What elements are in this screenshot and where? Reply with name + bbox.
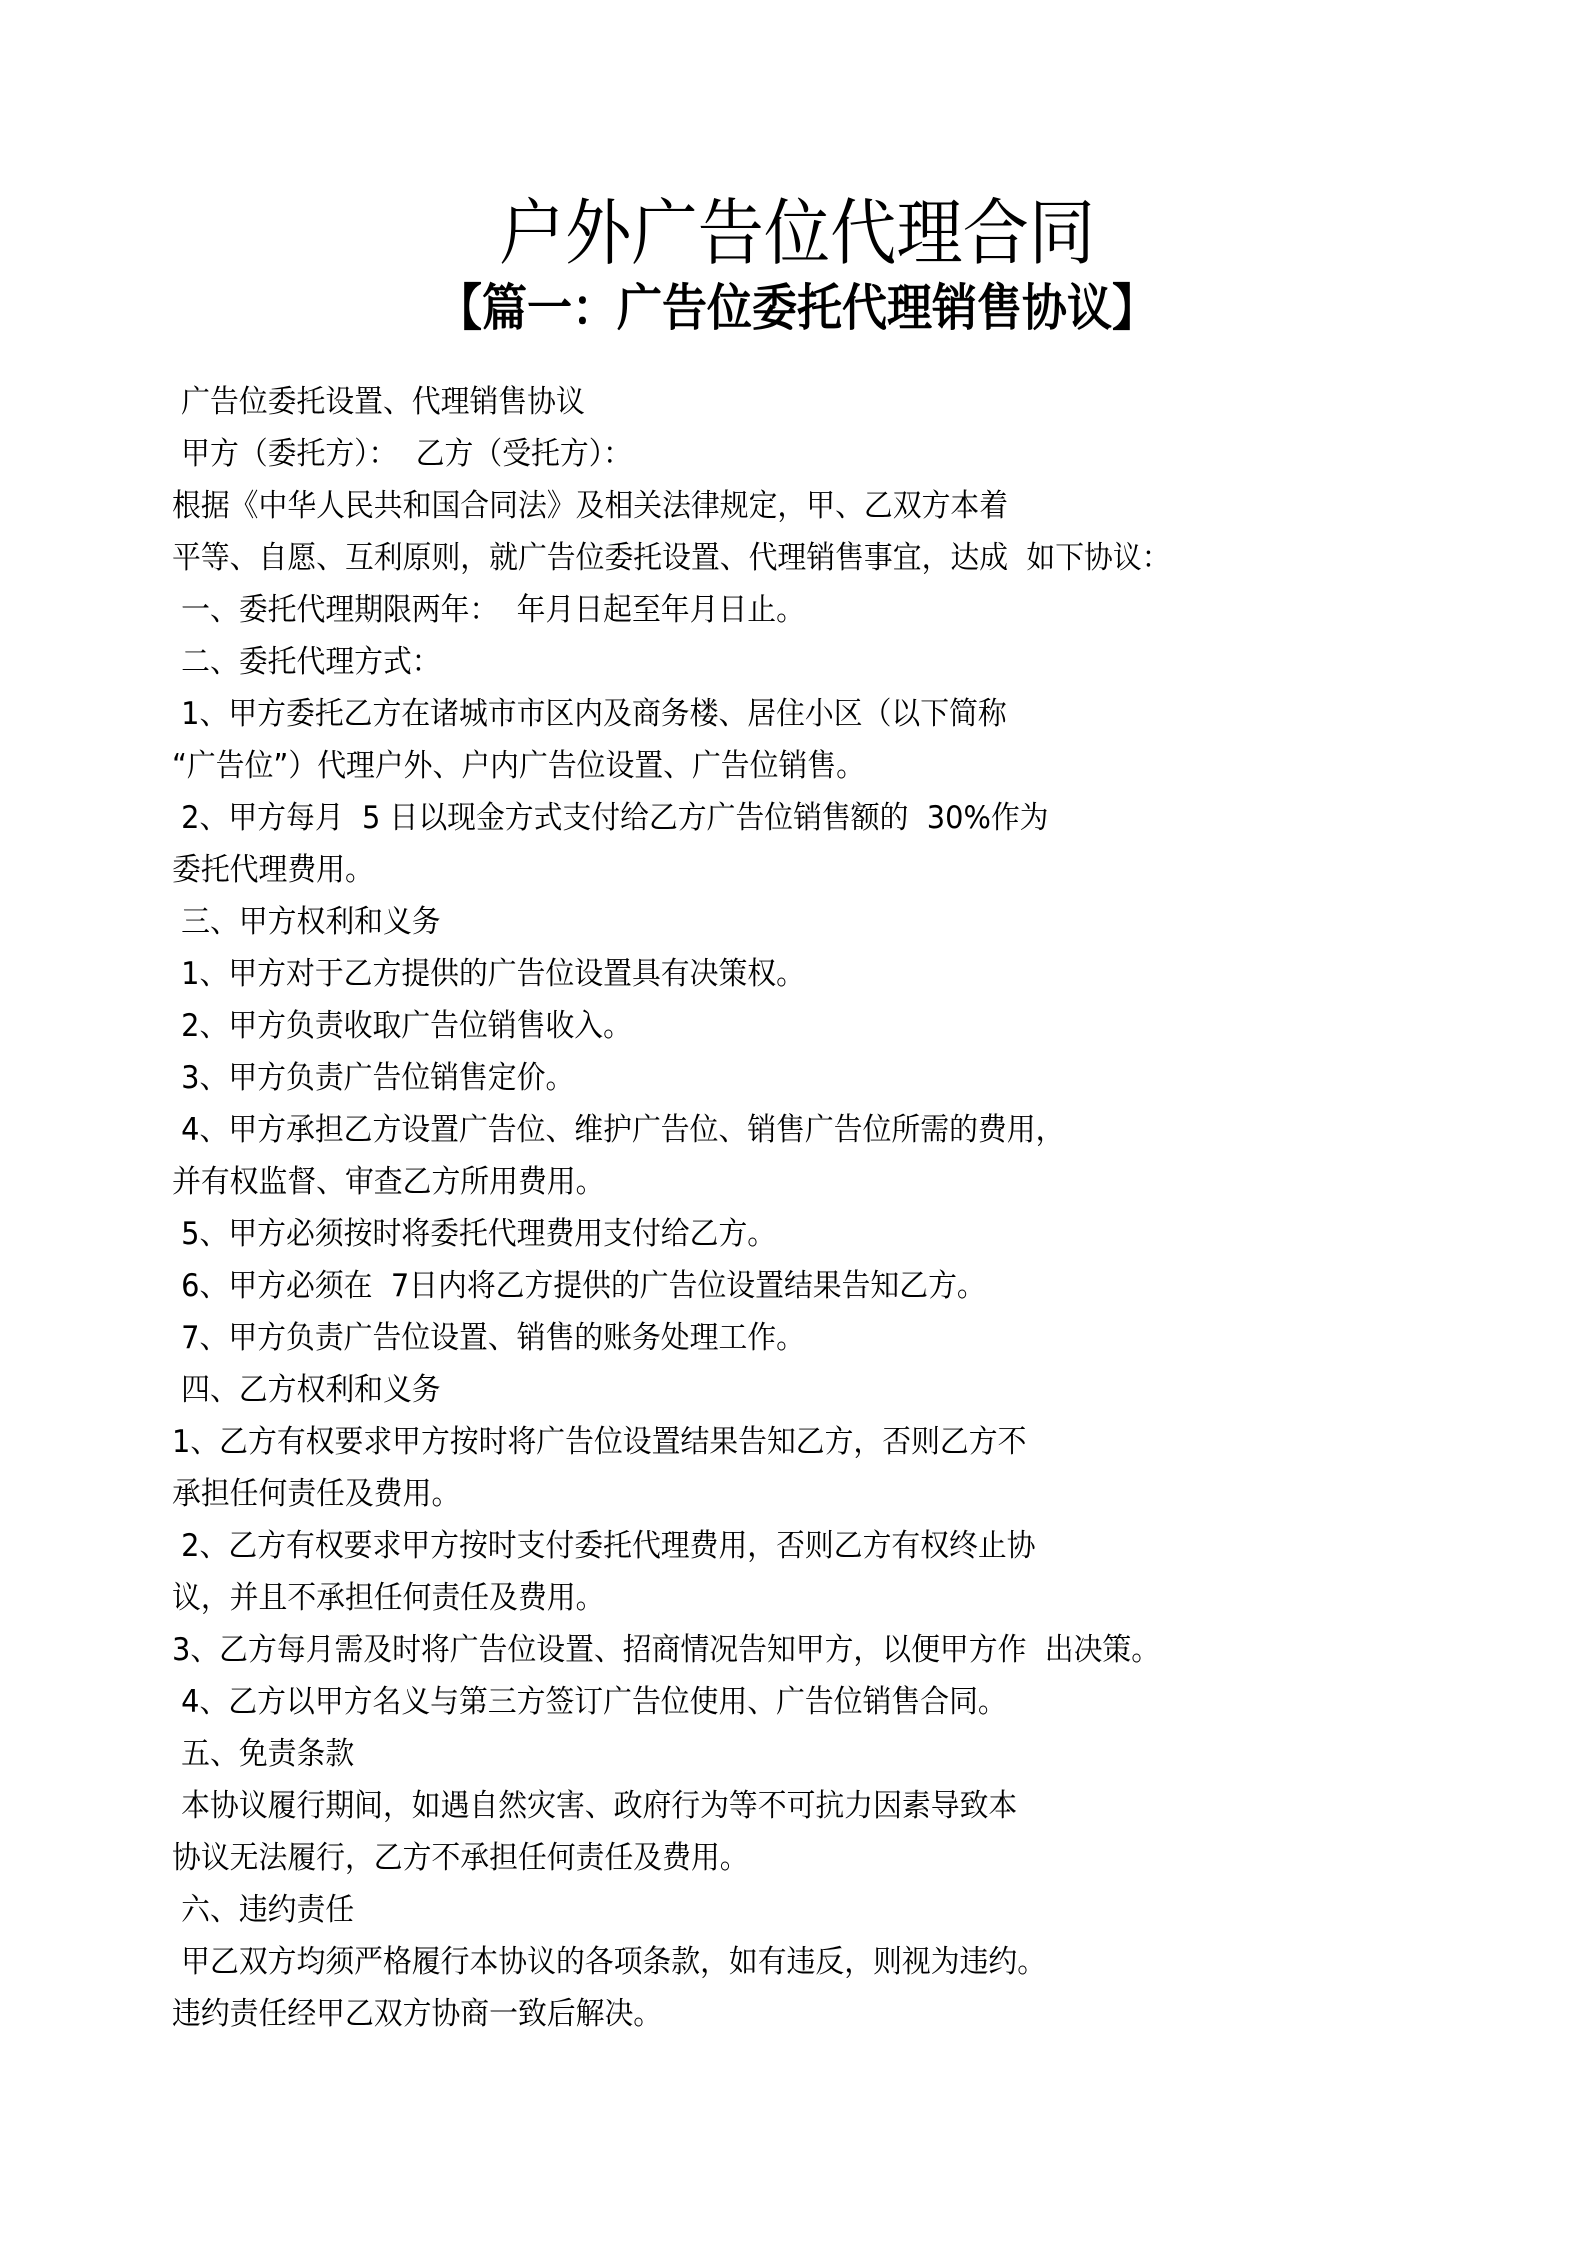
document-page: 户外广告位代理合同 【篇一：广告位委托代理销售协议】 广告位委托设置、代理销售协…	[0, 0, 1594, 2256]
section-heading-breach: 六、违约责任	[172, 1884, 1344, 1936]
clause-line: 并有权监督、审查乙方所用费用。	[172, 1156, 1344, 1208]
clause-line: 5、甲方必须按时将委托代理费用支付给乙方。	[172, 1208, 1344, 1260]
clause-line: 6、甲方必须在 7日内将乙方提供的广告位设置结果告知乙方。	[172, 1260, 1344, 1312]
clause-line: 本协议履行期间，如遇自然灾害、政府行为等不可抗力因素导致本	[172, 1780, 1344, 1832]
clause-line: 7、甲方负责广告位设置、销售的账务处理工作。	[172, 1312, 1344, 1364]
clause-line: 2、甲方每月 5 日以现金方式支付给乙方广告位销售额的 30%作为	[172, 792, 1344, 844]
section-heading-exemption: 五、免责条款	[172, 1728, 1344, 1780]
clause-line: 违约责任经甲乙双方协商一致后解决。	[172, 1988, 1344, 2040]
clause-line: 2、甲方负责收取广告位销售收入。	[172, 1000, 1344, 1052]
clause-line: 3、甲方负责广告位销售定价。	[172, 1052, 1344, 1104]
document-title: 户外广告位代理合同	[64, 188, 1530, 278]
clause-line: 1、甲方委托乙方在诸城市市区内及商务楼、居住小区（以下简称	[172, 688, 1344, 740]
section-heading-party-a: 三、甲方权利和义务	[172, 896, 1344, 948]
clause-line: 4、乙方以甲方名义与第三方签订广告位使用、广告位销售合同。	[172, 1676, 1344, 1728]
section-heading-party-b: 四、乙方权利和义务	[172, 1364, 1344, 1416]
clause-line: 3、乙方每月需及时将广告位设置、招商情况告知甲方，以便甲方作 出决策。	[172, 1624, 1344, 1676]
clause-line: 4、甲方承担乙方设置广告位、维护广告位、销售广告位所需的费用，	[172, 1104, 1344, 1156]
clause-line: 2、乙方有权要求甲方按时支付委托代理费用，否则乙方有权终止协	[172, 1520, 1344, 1572]
section-heading-term: 一、委托代理期限两年： 年月日起至年月日止。	[172, 584, 1344, 636]
parties-line: 甲方（委托方）： 乙方（受托方）：	[172, 428, 1344, 480]
agreement-name-line: 广告位委托设置、代理销售协议	[172, 376, 1344, 428]
preamble-line: 根据《中华人民共和国合同法》及相关法律规定，甲、乙双方本着	[172, 480, 1344, 532]
clause-line: 甲乙双方均须严格履行本协议的各项条款，如有违反，则视为违约。	[172, 1936, 1344, 1988]
clause-line: 1、甲方对于乙方提供的广告位设置具有决策权。	[172, 948, 1344, 1000]
clause-line: 委托代理费用。	[172, 844, 1344, 896]
clause-line: 1、乙方有权要求甲方按时将广告位设置结果告知乙方，否则乙方不	[172, 1416, 1344, 1468]
clause-line: “广告位”）代理户外、户内广告位设置、广告位销售。	[172, 740, 1344, 792]
clause-line: 议，并且不承担任何责任及费用。	[172, 1572, 1344, 1624]
clause-line: 承担任何责任及费用。	[172, 1468, 1344, 1520]
section-heading-method: 二、委托代理方式：	[172, 636, 1344, 688]
preamble-line: 平等、自愿、互利原则，就广告位委托设置、代理销售事宜，达成 如下协议：	[172, 532, 1344, 584]
clause-line: 协议无法履行，乙方不承担任何责任及费用。	[172, 1832, 1344, 1884]
document-body: 广告位委托设置、代理销售协议 甲方（委托方）： 乙方（受托方）： 根据《中华人民…	[172, 376, 1432, 2040]
document-subtitle: 【篇一：广告位委托代理销售协议】	[80, 276, 1515, 340]
